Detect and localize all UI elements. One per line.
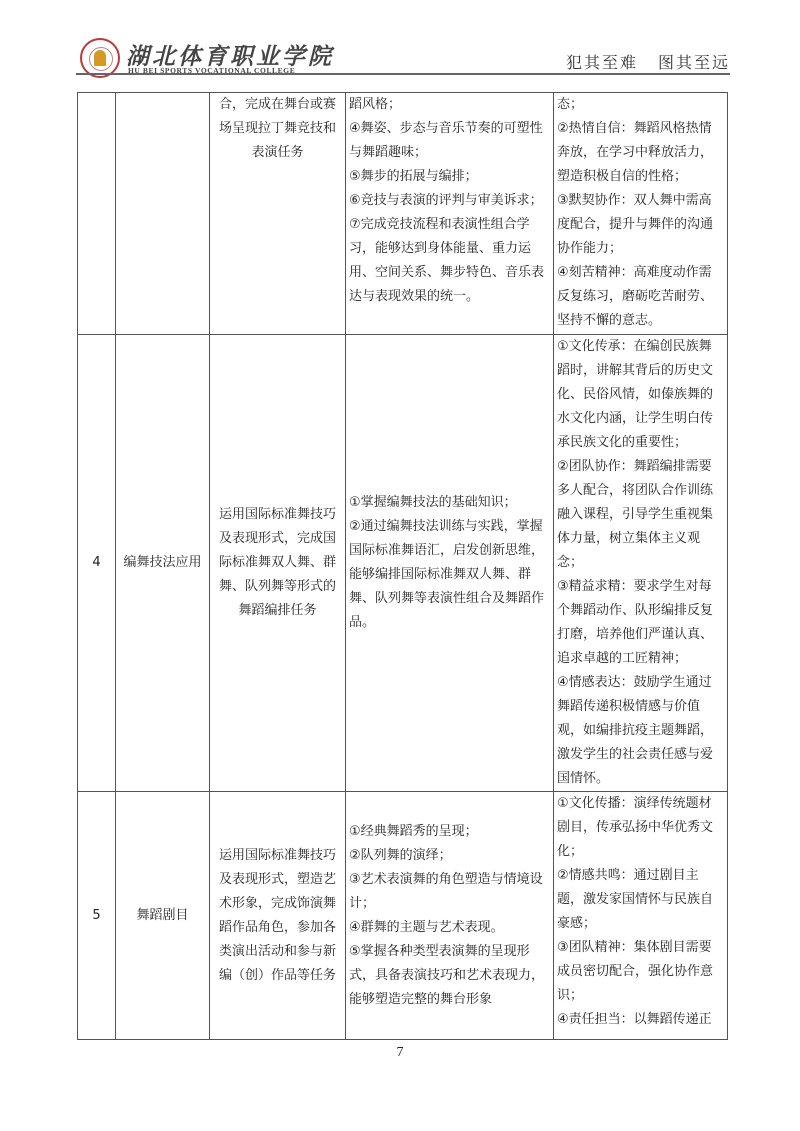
content-item: 蹈风格； <box>349 93 550 117</box>
ideology-item: ④情感表达：鼓励学生通过舞蹈传递积极情感与价值观，如编排抗疫主题舞蹈，激发学生的… <box>557 671 724 791</box>
ideology-item: ②团队协作：舞蹈编排需要多人配合，将团队合作训练融入课程，引导学生重视集体力量，… <box>557 455 724 575</box>
row-number: 4 <box>78 335 116 792</box>
college-emblem-icon <box>80 38 120 78</box>
motto-right: 图其至远 <box>658 53 730 72</box>
task-description: 运用国际标准舞技巧及表现形式，完成国际标准舞双人舞、群舞、队列舞等形式的舞蹈编排… <box>210 335 346 792</box>
ideology-item: ②热情自信：舞蹈风格热情奔放，在学习中释放活力，塑造积极自信的性格； <box>557 117 724 189</box>
ideology-item: ④刻苦精神：高难度动作需反复练习，磨砺吃苦耐劳、坚持不懈的意志。 <box>557 261 724 333</box>
content-cell: ①经典舞蹈秀的呈现； ②队列舞的演绎； ③艺术表演舞的角色塑造与情境设计； ④群… <box>346 792 554 1040</box>
project-name <box>116 93 210 335</box>
header-divider <box>76 73 730 75</box>
row-number <box>78 93 116 335</box>
content-item: ①掌握编舞技法的基础知识； <box>349 491 550 515</box>
content-item: ②通过编舞技法训练与实践，掌握国际标准舞语汇，启发创新思维，能够编排国际标准舞双… <box>349 515 550 635</box>
content-item: ④舞姿、步态与音乐节奏的可塑性与舞蹈趣味； <box>349 117 550 165</box>
content-cell: 蹈风格； ④舞姿、步态与音乐节奏的可塑性与舞蹈趣味； ⑤舞步的拓展与编排； ⑥竞… <box>346 93 554 335</box>
content-cell: ①掌握编舞技法的基础知识； ②通过编舞技法训练与实践，掌握国际标准舞语汇，启发创… <box>346 335 554 792</box>
ideology-item: ③精益求精：要求学生对每个舞蹈动作、队形编排反复打磨，培养他们严谨认真、追求卓越… <box>557 575 724 671</box>
ideology-item: ③默契协作：双人舞中需高度配合，提升与舞伴的沟通协作能力； <box>557 189 724 261</box>
content-item: ②队列舞的演绎； <box>349 844 550 868</box>
content-item: ④群舞的主题与艺术表现。 <box>349 916 550 940</box>
content-item: ⑤掌握各种类型表演舞的呈现形式，具备表演技巧和艺术表现力，能够塑造完整的舞台形象 <box>349 940 550 1012</box>
ideology-cell: ①文化传播：演绎传统题材剧目，传承弘扬中华优秀文化； ②情感共鸣：通过剧目主题，… <box>554 792 728 1040</box>
page-header: 湖北体育职业学院 HU BEI SPORTS VOCATIONAL COLLEG… <box>76 36 730 86</box>
table-row: 合，完成在舞台或赛场呈现拉丁舞竞技和表演任务 蹈风格； ④舞姿、步态与音乐节奏的… <box>78 93 728 335</box>
ideology-cell: 态； ②热情自信：舞蹈风格热情奔放，在学习中释放活力，塑造积极自信的性格； ③默… <box>554 93 728 335</box>
table-row: 4 编舞技法应用 运用国际标准舞技巧及表现形式，完成国际标准舞双人舞、群舞、队列… <box>78 335 728 792</box>
row-number: 5 <box>78 792 116 1040</box>
ideology-item: ①文化传承：在编创民族舞蹈时，讲解其背后的历史文化、民俗风情，如傣族舞的水文化内… <box>557 335 724 455</box>
ideology-item: ③团队精神：集体剧目需要成员密切配合，强化协作意识； <box>557 936 724 1008</box>
content-item: ③艺术表演舞的角色塑造与情境设计； <box>349 868 550 916</box>
content-item: ①经典舞蹈秀的呈现； <box>349 820 550 844</box>
ideology-item: 态； <box>557 93 724 117</box>
table-row: 5 舞蹈剧目 运用国际标准舞技巧及表现形式，塑造艺术形象，完成饰演舞蹈作品角色，… <box>78 792 728 1040</box>
content-item: ⑦完成竞技流程和表演性组合学习，能够达到身体能量、重力运用、空间关系、舞步特色、… <box>349 213 550 309</box>
task-description: 合，完成在舞台或赛场呈现拉丁舞竞技和表演任务 <box>210 93 346 335</box>
task-description: 运用国际标准舞技巧及表现形式，塑造艺术形象，完成饰演舞蹈作品角色，参加各类演出活… <box>210 792 346 1040</box>
motto: 犯其至难图其至远 <box>566 50 730 73</box>
content-item: ⑥竞技与表演的评判与审美诉求； <box>349 189 550 213</box>
content-item: ⑤舞步的拓展与编排； <box>349 165 550 189</box>
project-name: 舞蹈剧目 <box>116 792 210 1040</box>
page-number: 7 <box>0 1045 800 1061</box>
ideology-item: ④责任担当：以舞蹈传递正 <box>557 1008 724 1032</box>
ideology-item: ①文化传播：演绎传统题材剧目，传承弘扬中华优秀文化； <box>557 792 724 864</box>
project-name: 编舞技法应用 <box>116 335 210 792</box>
ideology-cell: ①文化传承：在编创民族舞蹈时，讲解其背后的历史文化、民俗风情，如傣族舞的水文化内… <box>554 335 728 792</box>
ideology-item: ②情感共鸣：通过剧目主题，激发家国情怀与民族自豪感； <box>557 864 724 936</box>
motto-left: 犯其至难 <box>566 53 638 72</box>
course-table: 合，完成在舞台或赛场呈现拉丁舞竞技和表演任务 蹈风格； ④舞姿、步态与音乐节奏的… <box>77 92 728 1040</box>
